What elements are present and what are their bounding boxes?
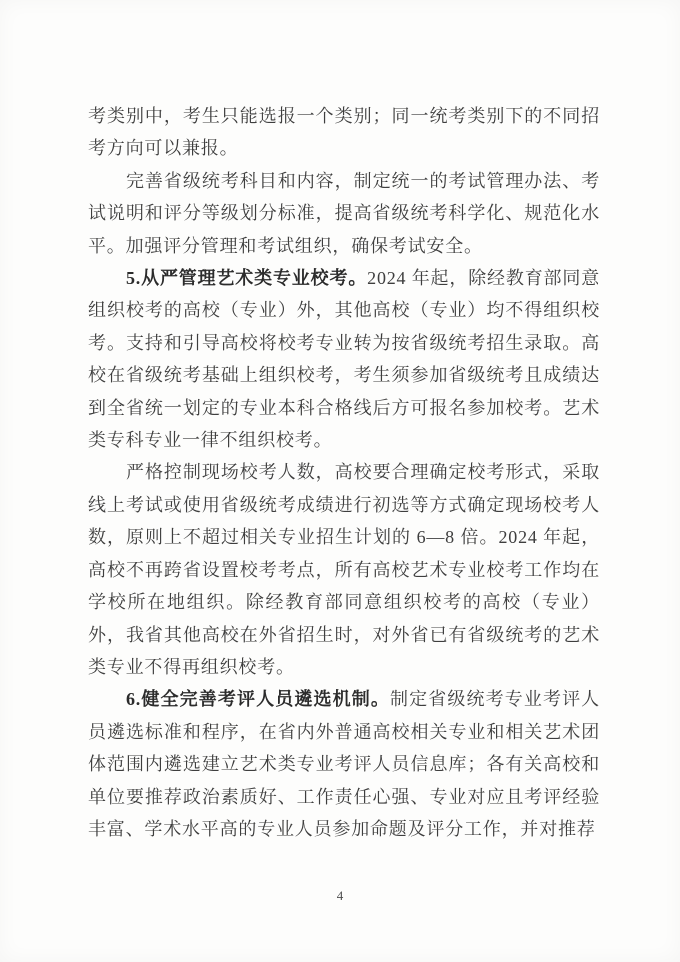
paragraph-statewide-exam-improvement: 完善省级统考科目和内容，制定统一的考试管理办法、考试说明和评分等级划分标准，提高… bbox=[88, 165, 600, 262]
section-5-heading: 5.从严管理艺术类专业校考。 bbox=[126, 268, 367, 288]
section-5-body: 2024 年起，除经教育部同意组织校考的高校（专业）外，其他高校（专业）均不得组… bbox=[88, 268, 600, 450]
paragraph-section-5: 5.从严管理艺术类专业校考。2024 年起，除经教育部同意组织校考的高校（专业）… bbox=[88, 262, 600, 456]
page-number: 4 bbox=[0, 888, 680, 904]
section-6-body: 制定省级统考专业考评人员遴选标准和程序，在省内外普通高校相关专业和相关艺术团体范… bbox=[88, 689, 600, 839]
paragraph-onsite-exam-control: 严格控制现场校考人数，高校要合理确定校考形式，采取线上考试或使用省级统考成绩进行… bbox=[88, 456, 600, 683]
paragraph-section-6: 6.健全完善考评人员遴选机制。制定省级统考专业考评人员遴选标准和程序，在省内外普… bbox=[88, 683, 600, 845]
paragraph-continuation: 考类别中，考生只能选报一个类别；同一统考类别下的不同招考方向可以兼报。 bbox=[88, 100, 600, 165]
document-page: 考类别中，考生只能选报一个类别；同一统考类别下的不同招考方向可以兼报。 完善省级… bbox=[0, 0, 680, 962]
document-body: 考类别中，考生只能选报一个类别；同一统考类别下的不同招考方向可以兼报。 完善省级… bbox=[88, 100, 600, 845]
section-6-heading: 6.健全完善考评人员遴选机制。 bbox=[126, 689, 390, 709]
